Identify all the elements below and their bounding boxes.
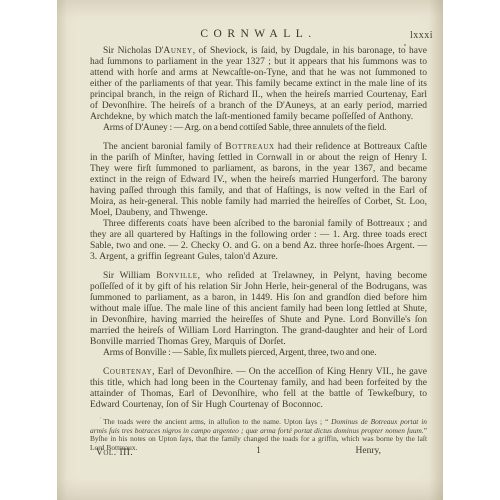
text-segment: Bottreaux (225, 142, 274, 152)
text-segment: Auney (163, 46, 192, 56)
text-segment: , who reſided at Trelawney, in Pelynt, h… (90, 271, 427, 347)
paragraph: Three differents coats′ have been aſcrib… (90, 219, 427, 263)
arms-line: Arms of Bonville : — Sable, ſix mullets … (90, 348, 427, 359)
paragraph: Courtenay, Earl of Devonſhire. — On the … (90, 367, 427, 411)
text-segment: Arms of Bonville : — Sable, ſix mullets … (103, 348, 376, 358)
text-segment: Sir Nicholas D' (103, 46, 163, 56)
running-title: CORNWALL. (90, 28, 427, 40)
page-header: CORNWALL. lxxxi (90, 28, 427, 44)
paragraph: Sir Nicholas D'Auney, of Sheviock, is ſa… (90, 46, 427, 123)
text-block: Sir Nicholas D'Auney, of Sheviock, is ſa… (90, 46, 427, 411)
paragraph: The ancient baronial family of Bottreaux… (90, 142, 427, 219)
catchword: Henry, (356, 446, 382, 456)
book-page: CORNWALL. lxxxi Sir Nicholas D'Auney, of… (57, 0, 443, 500)
text-segment: Bonville (156, 271, 197, 281)
text-segment: , of Sheviock, is ſaid, by Dugdale, in h… (90, 46, 427, 122)
paragraph: Sir William Bonville, who reſided at Tre… (90, 271, 427, 348)
arms-line: Arms of D'Auney : — Arg. on a bend cotti… (90, 123, 427, 134)
text-segment: Arms of D'Auney : — Arg. on a bend cotti… (103, 123, 386, 133)
scanned-book-photo: CORNWALL. lxxxi Sir Nicholas D'Auney, of… (0, 0, 500, 500)
text-segment: Courtenay (103, 367, 152, 377)
text-segment: Three differents coats (103, 219, 187, 229)
text-segment: The ancient baronial family of (103, 142, 225, 152)
text-segment: had their reſidence at Bottreaux Caſtle … (90, 142, 427, 218)
page-number: lxxxi (410, 30, 433, 41)
page-footer: Vol. III. 1 Henry, (90, 446, 427, 460)
text-column: CORNWALL. lxxxi Sir Nicholas D'Auney, of… (90, 28, 427, 411)
text-segment: Sir William (103, 271, 156, 281)
